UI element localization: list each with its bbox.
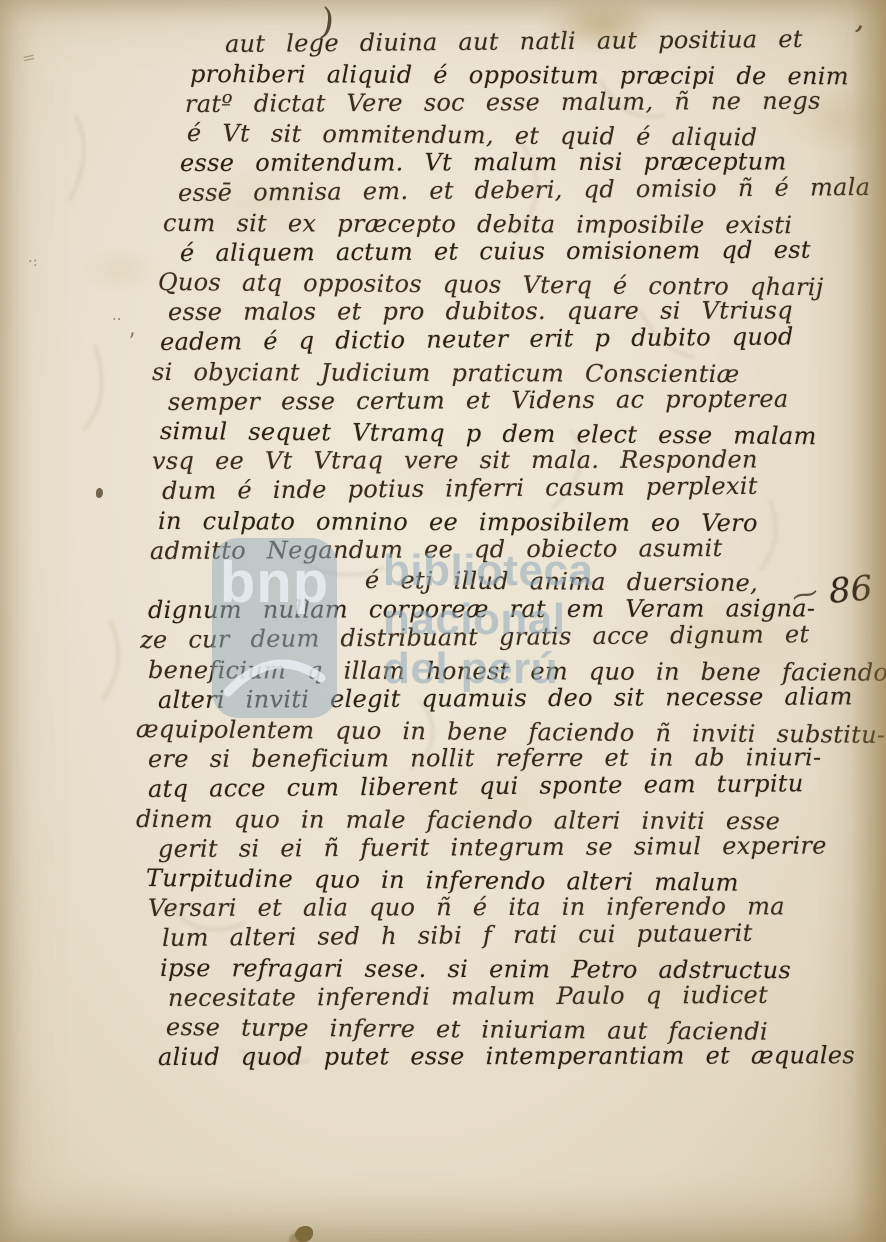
manuscript-line: semper esse certum et Videns ac proptere… xyxy=(168,385,789,416)
manuscript-line: prohiberi aliquid é oppositum præcipi de… xyxy=(190,60,849,90)
manuscript-line: é etj illud anima duersione, xyxy=(365,566,758,597)
manuscript-line: cum sit ex præcepto debita imposibile ex… xyxy=(163,209,792,239)
manuscript-line: gerit si ei ñ fuerit integrum se simul e… xyxy=(158,831,827,863)
manuscript-line: dinem quo in male faciendo alteri inviti… xyxy=(136,805,780,835)
manuscript-line: vsq ee Vt Vtraq vere sit mala. Responden xyxy=(152,445,758,475)
manuscript-line: necesitate inferendi malum Paulo q iudic… xyxy=(168,981,768,1012)
ink-stain xyxy=(295,1226,313,1242)
manuscript-line: esse omitendum. Vt malum nisi præceptum xyxy=(180,147,787,177)
margin-mark: , xyxy=(126,316,136,342)
manuscript-line: ze cur deum distribuant gratis acce dign… xyxy=(140,620,810,654)
manuscript-line: dignum nullam corporeæ rat em Veram asig… xyxy=(148,594,815,624)
manuscript-page: aut lege diuina aut natli aut positiua e… xyxy=(0,0,886,1242)
folio-number: 86 xyxy=(827,568,874,612)
manuscript-line: si obyciant Judicium praticum Conscienti… xyxy=(152,358,740,388)
manuscript-line: aliud quod putet esse intemperantiam et … xyxy=(158,1041,855,1071)
manuscript-line: ipse refragari sese. si enim Petro adstr… xyxy=(160,954,791,984)
manuscript-line: ratº dictat Vere soc esse malum, ñ ne ne… xyxy=(185,87,821,118)
manuscript-line: esse malos et pro dubitos. quare si Vtri… xyxy=(168,296,793,326)
ink-stain xyxy=(96,488,103,498)
manuscript-line: lum alteri sed h sibi f rati cui putauer… xyxy=(162,919,753,952)
manuscript-line: dum é inde potius inferri casum perplexi… xyxy=(162,472,758,505)
manuscript-line: essē omnisa em. et deberi, qd omisio ñ é… xyxy=(178,173,870,207)
manuscript-line: atq acce cum liberent qui sponte eam tur… xyxy=(148,769,804,803)
manuscript-line: eadem é q dictio neuter erit p dubito qu… xyxy=(160,322,794,356)
manuscript-line: aut lege diuina aut natli aut positiua e… xyxy=(225,25,803,58)
margin-mark: .. xyxy=(112,306,122,324)
manuscript-line: Versari et alia quo ñ é ita in inferendo… xyxy=(148,892,785,922)
manuscript-line: alteri inviti elegit quamuis deo sit nec… xyxy=(158,682,853,714)
manuscript-line: é aliquem actum et cuius omisionem qd es… xyxy=(180,236,811,267)
margin-mark: = xyxy=(20,47,37,68)
manuscript-line: in culpato omnino ee imposibilem eo Vero xyxy=(158,507,758,537)
margin-mark: ·: xyxy=(28,252,38,270)
margin-mark: ’ xyxy=(845,17,866,56)
manuscript-line: ere si beneficium nollit referre et in a… xyxy=(148,743,821,773)
manuscript-line: é Vt sit ommitendum, et quid é aliquid xyxy=(187,119,757,151)
manuscript-line: admitto Negandum ee qd obiecto asumit xyxy=(150,534,723,565)
